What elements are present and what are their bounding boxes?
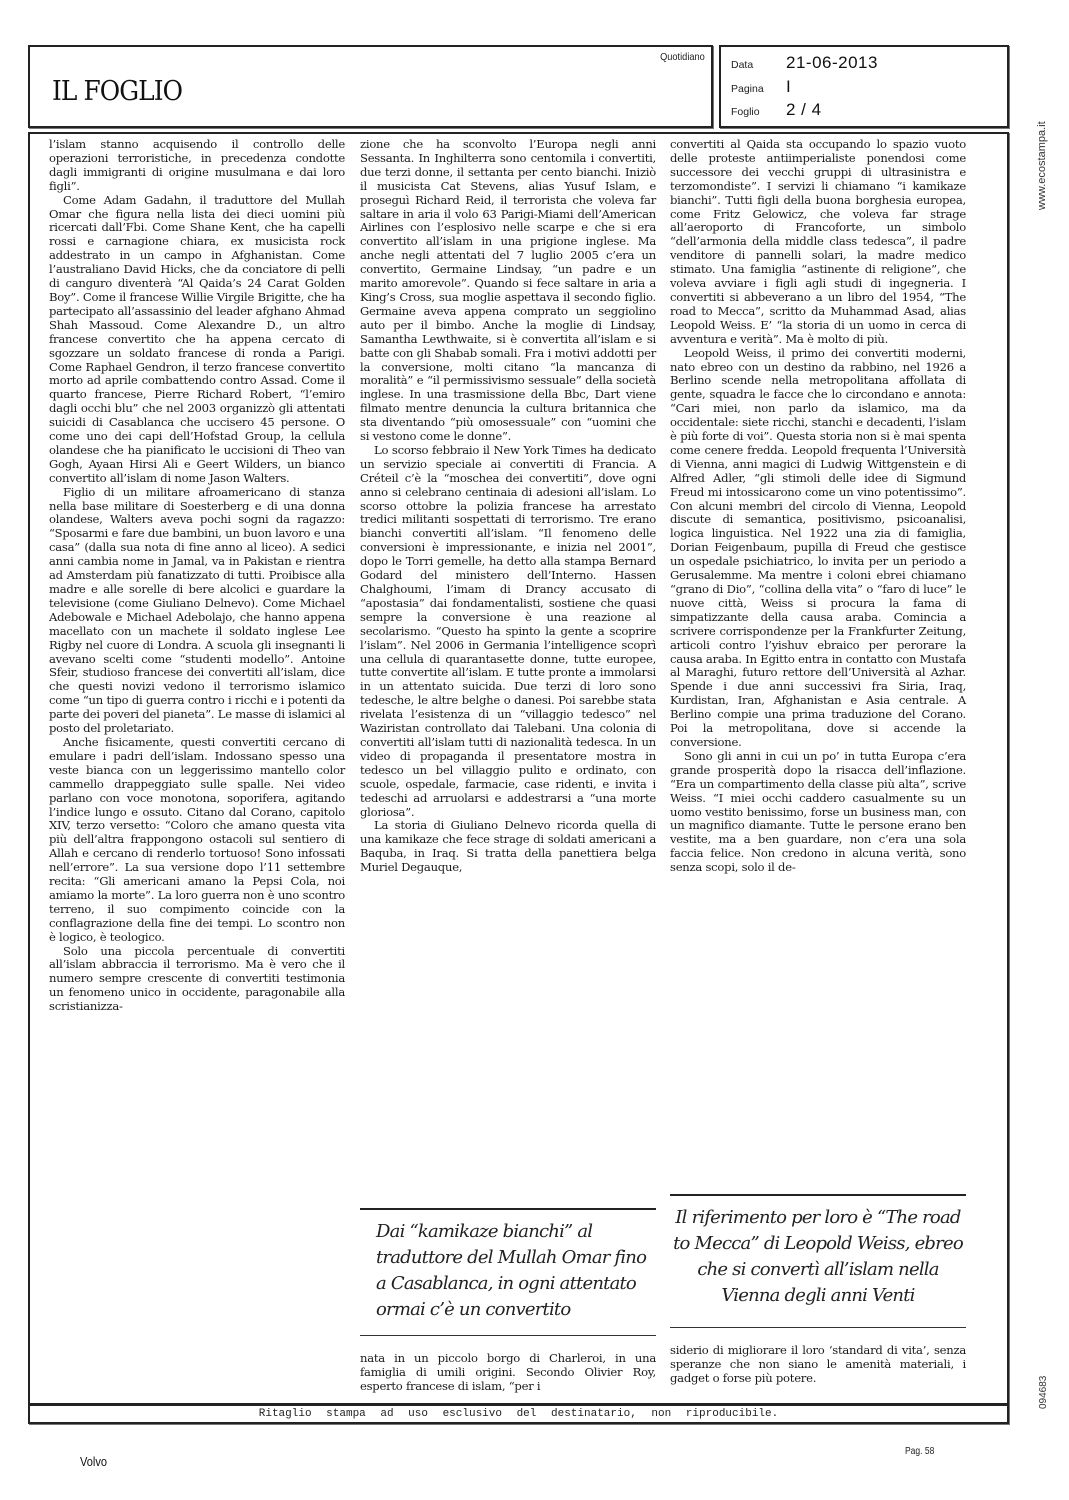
sheet-row: Foglio 2 / 4 — [731, 100, 822, 120]
paragraph: Lo scorso febbraio il New York Times ha … — [360, 444, 656, 819]
paragraph: La storia di Giuliano Delnevo ricorda qu… — [360, 819, 656, 875]
meta-box: Data 21-06-2013 Pagina I Foglio 2 / 4 — [719, 45, 1009, 128]
article-column-2: zione che ha sconvolto l’Europa negli an… — [360, 138, 656, 875]
publication-type: Quotidiano — [660, 51, 705, 63]
date-label: Data — [731, 59, 786, 71]
client-name: Volvo — [80, 1454, 107, 1469]
paragraph: Sono gli anni in cui un po’ in tutta Eur… — [670, 750, 966, 875]
paragraph: l’islam stanno acquisendo il controllo d… — [49, 138, 345, 194]
paragraph: convertiti al Qaida sta occupando lo spa… — [670, 138, 966, 347]
page-value: I — [786, 77, 791, 97]
article-column-3: convertiti al Qaida sta occupando lo spa… — [670, 138, 966, 875]
paragraph: Leopold Weiss, il primo dei convertiti m… — [670, 347, 966, 750]
paragraph: Come Adam Gadahn, il traduttore del Mull… — [49, 194, 345, 486]
sheet-value: 2 / 4 — [786, 100, 822, 120]
disclaimer-text: Ritaglio stampa ad uso esclusivo del des… — [30, 1408, 1007, 1420]
date-value: 21-06-2013 — [786, 53, 878, 73]
masthead: IL FOGLIO Quotidiano — [28, 45, 713, 128]
paragraph: zione che ha sconvolto l’Europa negli an… — [360, 138, 656, 444]
sheet-label: Foglio — [731, 106, 786, 118]
clipping-code: 094683 — [1038, 1376, 1049, 1409]
paragraph: Solo una piccola percentuale di converti… — [49, 945, 345, 1015]
pull-quote-2: Il riferimento per loro è “The road to M… — [670, 1194, 966, 1328]
page-number: Pag. 58 — [905, 1446, 934, 1457]
column-3-continuation: siderio di migliorare il loro ‘standard … — [670, 1344, 966, 1386]
page-row: Pagina I — [731, 77, 791, 97]
disclaimer-strip: Ritaglio stampa ad uso esclusivo del des… — [28, 1404, 1009, 1424]
publication-title: IL FOGLIO — [52, 76, 182, 107]
pull-quote-1: Dai “kamikaze bianchi” al traduttore del… — [360, 1208, 656, 1336]
page-label: Pagina — [731, 83, 786, 95]
date-row: Data 21-06-2013 — [731, 53, 878, 73]
site-watermark: www.ecostampa.it — [1036, 121, 1048, 210]
paragraph: Anche fisicamente, questi convertiti cer… — [49, 736, 345, 945]
article-column-1: l’islam stanno acquisendo il controllo d… — [49, 138, 345, 1014]
article-body: l’islam stanno acquisendo il controllo d… — [28, 132, 1009, 1405]
column-2-continuation: nata in un piccolo borgo di Charleroi, i… — [360, 1352, 656, 1394]
paragraph: Figlio di un militare afroamericano di s… — [49, 486, 345, 736]
